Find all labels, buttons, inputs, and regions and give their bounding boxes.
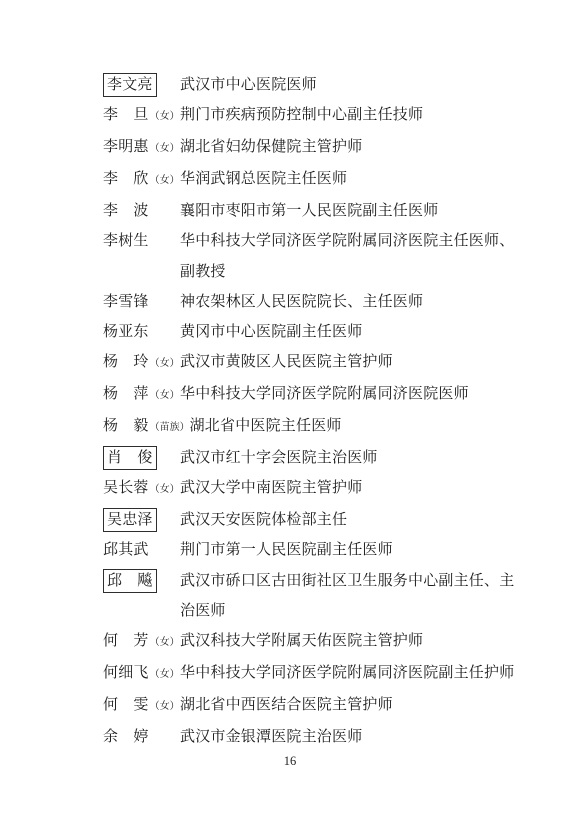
person-affiliation-title: 湖北省妇幼保健院主管护师 — [180, 132, 516, 162]
list-item: 何 雯 （女） 湖北省中西医结合医院主管护师 — [103, 690, 517, 722]
gender-ethnicity-marker: （女） — [150, 381, 180, 411]
person-name: 邱其武 — [103, 539, 149, 561]
person-name: 杨 毅 — [103, 415, 149, 437]
list-item: 李树生 华中科技大学同济医学院附属同济医院主任医师、 副教授 — [103, 226, 517, 286]
gender-ethnicity-marker: （女） — [150, 134, 180, 164]
list-item: 吴长蓉 （女） 武汉大学中南医院主管护师 — [103, 473, 517, 505]
entry-name-cell: 李树生 — [103, 230, 180, 252]
person-name: 余 婷 — [103, 726, 149, 748]
entry-name-cell: 杨亚东 — [103, 321, 180, 343]
person-name: 肖 俊 — [103, 446, 157, 470]
list-item: 李文亮 武汉市中心医院医师 — [103, 70, 517, 100]
page-number: 16 — [0, 754, 580, 769]
person-affiliation-title: 湖北省中西医结合医院主管护师 — [180, 690, 516, 720]
gender-ethnicity-marker: （女） — [150, 628, 180, 658]
person-affiliation-title: 武汉市硚口区古田街社区卫生服务中心副主任、主 治医师 — [180, 566, 516, 626]
entry-name-cell: 何细飞 （女） — [103, 660, 180, 690]
person-affiliation-title: 武汉大学中南医院主管护师 — [180, 473, 516, 503]
entry-name-cell: 何 雯 （女） — [103, 692, 180, 722]
entry-name-cell: 吴长蓉 （女） — [103, 475, 180, 505]
entry-name-cell: 李文亮 — [103, 73, 180, 97]
person-affiliation-title: 华润武钢总医院主任医师 — [180, 164, 516, 194]
list-item: 余 婷 武汉市金银潭医院主治医师 — [103, 722, 517, 752]
person-affiliation-title: 武汉市中心医院医师 — [180, 70, 516, 100]
document-page: 李文亮 武汉市中心医院医师 李 旦 （女） 荆门市疾病预防控制中心副主任技师 李… — [0, 0, 580, 820]
person-affiliation-title: 武汉市红十字会医院主治医师 — [180, 443, 516, 473]
person-name: 何细飞 — [103, 662, 149, 684]
list-item: 李 欣 （女） 华润武钢总医院主任医师 — [103, 164, 517, 196]
person-name: 邱 飚 — [103, 569, 157, 593]
person-name: 李 旦 — [103, 104, 149, 126]
person-name: 李明惠 — [103, 136, 149, 158]
entry-name-cell: 杨 毅 （苗族） — [103, 413, 190, 443]
person-name: 李 波 — [103, 200, 149, 222]
entry-name-cell: 杨 萍 （女） — [103, 381, 180, 411]
person-affiliation-title: 武汉天安医院体检部主任 — [180, 505, 516, 535]
entry-name-cell: 李 旦 （女） — [103, 102, 180, 132]
gender-ethnicity-marker: （女） — [150, 660, 180, 690]
list-item: 杨 玲 （女） 武汉市黄陂区人民医院主管护师 — [103, 347, 517, 379]
entry-name-cell: 肖 俊 — [103, 446, 180, 470]
list-item: 肖 俊 武汉市红十字会医院主治医师 — [103, 443, 517, 473]
entry-name-cell: 杨 玲 （女） — [103, 349, 180, 379]
list-item: 李 波 襄阳市枣阳市第一人民医院副主任医师 — [103, 196, 517, 226]
gender-ethnicity-marker: （女） — [150, 349, 180, 379]
person-affiliation-title: 华中科技大学同济医学院附属同济医院副主任护师 — [180, 658, 516, 688]
list-item: 李雪锋 神农架林区人民医院院长、主任医师 — [103, 287, 517, 317]
gender-ethnicity-marker: （女） — [150, 166, 180, 196]
person-affiliation-title: 荆门市第一人民医院副主任医师 — [180, 535, 516, 565]
entry-name-cell: 余 婷 — [103, 726, 180, 748]
person-name: 吴长蓉 — [103, 477, 149, 499]
entry-name-cell: 邱其武 — [103, 539, 180, 561]
gender-ethnicity-marker: （女） — [150, 475, 180, 505]
person-name: 杨 萍 — [103, 383, 149, 405]
list-item: 吴忠泽 武汉天安医院体检部主任 — [103, 505, 517, 535]
person-affiliation-title: 武汉科技大学附属天佑医院主管护师 — [180, 626, 516, 656]
gender-ethnicity-marker: （女） — [150, 102, 180, 132]
entry-name-cell: 李 波 — [103, 200, 180, 222]
honor-roll-list: 李文亮 武汉市中心医院医师 李 旦 （女） 荆门市疾病预防控制中心副主任技师 李… — [103, 70, 517, 752]
list-item: 杨 毅 （苗族） 湖北省中医院主任医师 — [103, 411, 517, 443]
entry-name-cell: 邱 飚 — [103, 569, 180, 593]
person-name: 杨 玲 — [103, 351, 149, 373]
person-name: 吴忠泽 — [103, 508, 157, 532]
entry-name-cell: 李雪锋 — [103, 291, 180, 313]
list-item: 何 芳 （女） 武汉科技大学附属天佑医院主管护师 — [103, 626, 517, 658]
person-affiliation-title: 武汉市黄陂区人民医院主管护师 — [180, 347, 516, 377]
person-name: 李树生 — [103, 230, 149, 252]
list-item: 杨 萍 （女） 华中科技大学同济医学院附属同济医院医师 — [103, 379, 517, 411]
person-affiliation-title: 华中科技大学同济医学院附属同济医院医师 — [180, 379, 516, 409]
entry-name-cell: 李 欣 （女） — [103, 166, 180, 196]
person-affiliation-title: 武汉市金银潭医院主治医师 — [180, 722, 516, 752]
person-affiliation-title: 荆门市疾病预防控制中心副主任技师 — [180, 100, 516, 130]
person-affiliation-title: 湖北省中医院主任医师 — [190, 411, 517, 441]
list-item: 何细飞 （女） 华中科技大学同济医学院附属同济医院副主任护师 — [103, 658, 517, 690]
entry-name-cell: 吴忠泽 — [103, 508, 180, 532]
person-name: 李 欣 — [103, 168, 149, 190]
person-name: 何 雯 — [103, 694, 149, 716]
list-item: 邱 飚 武汉市硚口区古田街社区卫生服务中心副主任、主 治医师 — [103, 566, 517, 626]
person-affiliation-title: 华中科技大学同济医学院附属同济医院主任医师、 副教授 — [180, 226, 516, 286]
person-affiliation-title: 神农架林区人民医院院长、主任医师 — [180, 287, 516, 317]
list-item: 杨亚东 黄冈市中心医院副主任医师 — [103, 317, 517, 347]
list-item: 李明惠 （女） 湖北省妇幼保健院主管护师 — [103, 132, 517, 164]
person-name: 李文亮 — [103, 73, 157, 97]
entry-name-cell: 李明惠 （女） — [103, 134, 180, 164]
gender-ethnicity-marker: （女） — [150, 692, 180, 722]
person-name: 何 芳 — [103, 630, 149, 652]
person-name: 杨亚东 — [103, 321, 149, 343]
person-name: 李雪锋 — [103, 291, 149, 313]
person-affiliation-title: 襄阳市枣阳市第一人民医院副主任医师 — [180, 196, 516, 226]
list-item: 李 旦 （女） 荆门市疾病预防控制中心副主任技师 — [103, 100, 517, 132]
list-item: 邱其武 荆门市第一人民医院副主任医师 — [103, 535, 517, 565]
gender-ethnicity-marker: （苗族） — [150, 413, 190, 443]
person-affiliation-title: 黄冈市中心医院副主任医师 — [180, 317, 516, 347]
entry-name-cell: 何 芳 （女） — [103, 628, 180, 658]
